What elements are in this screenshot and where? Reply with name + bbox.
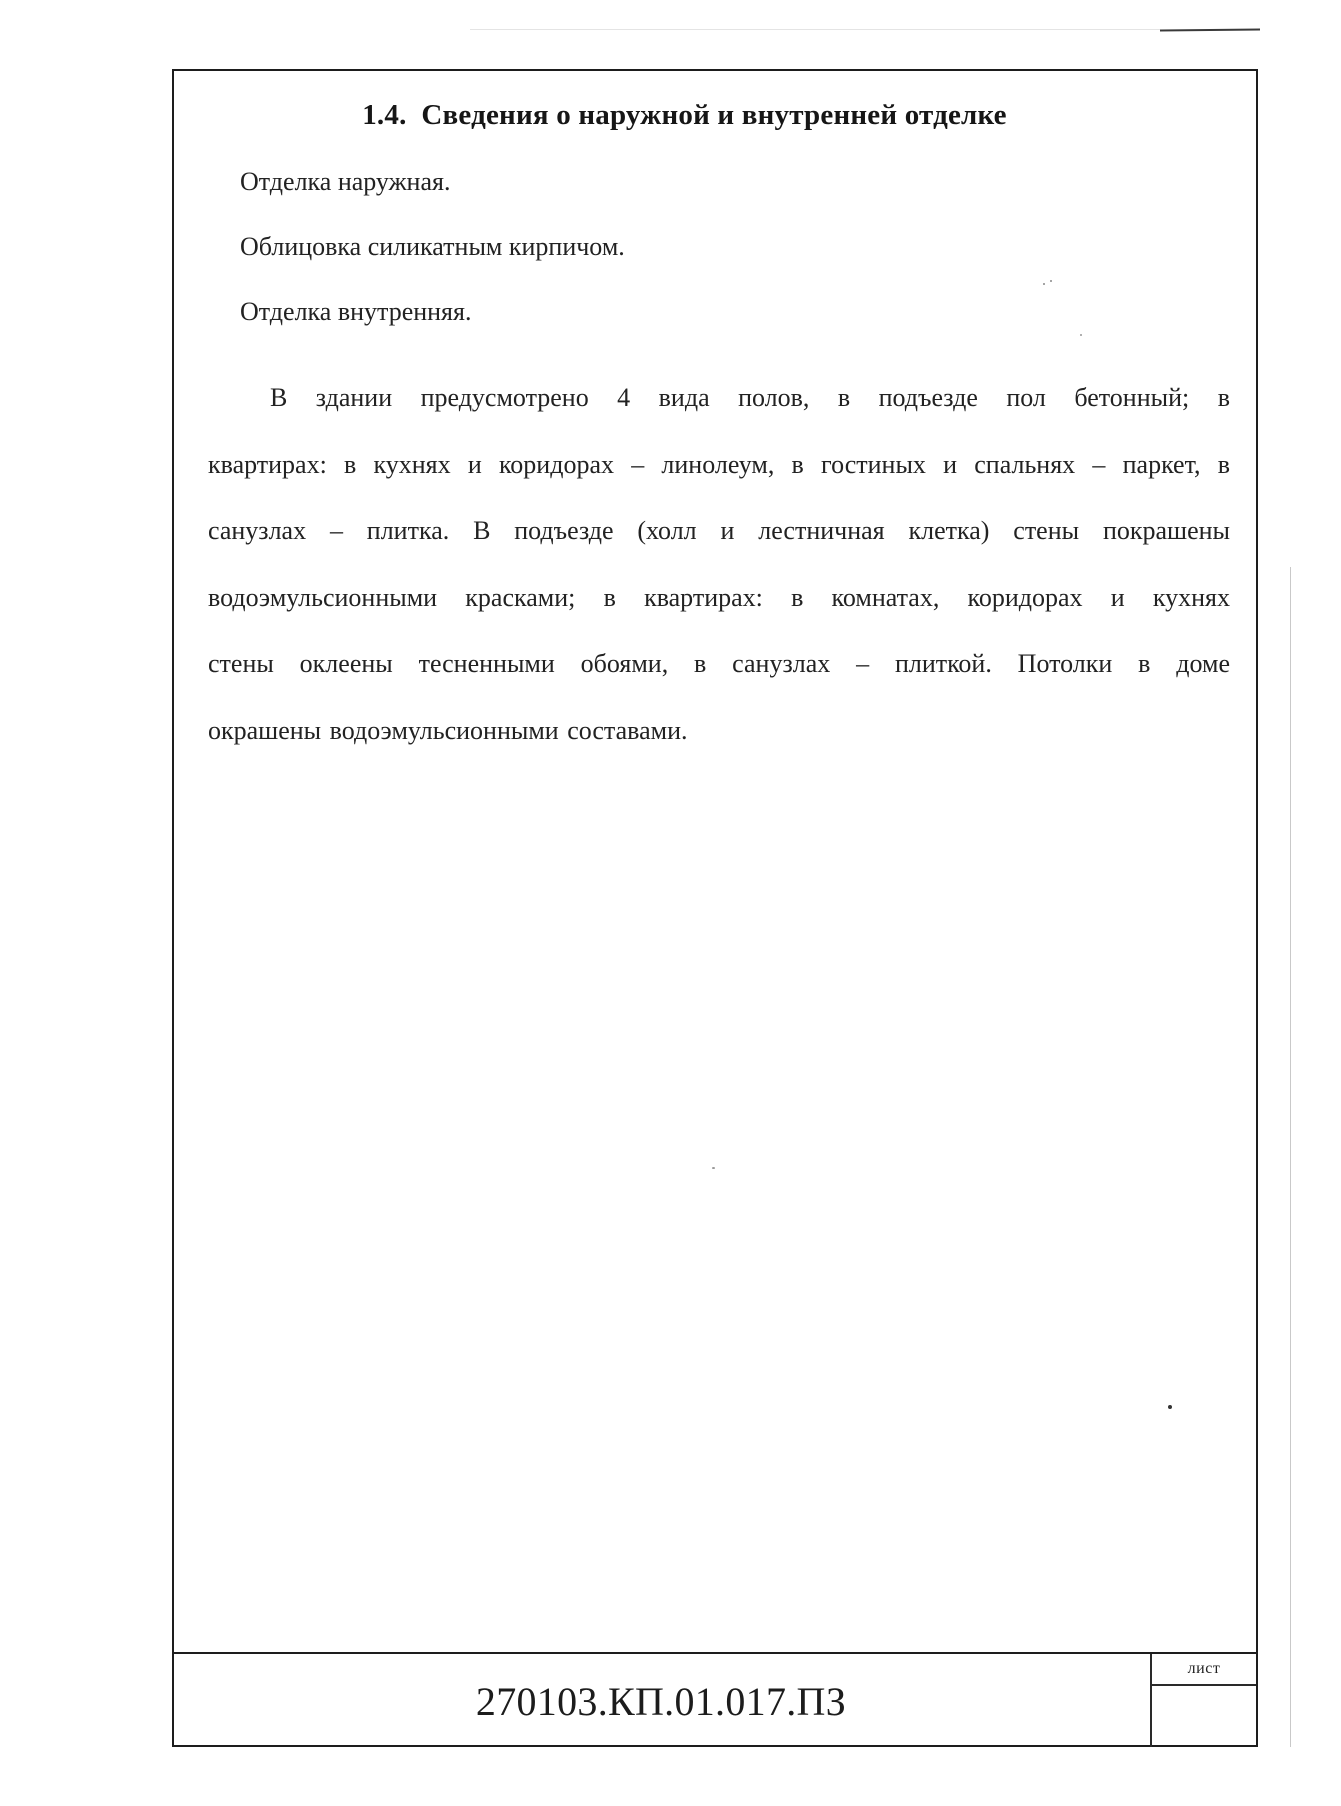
paragraph-interior-finish: Отделка внутренняя.	[240, 297, 471, 327]
document-code: 270103.КП.01.017.ПЗ	[172, 1680, 1150, 1724]
body-line: стены оклеены тесненными обоями, в сануз…	[208, 631, 1230, 698]
scan-artifact-edge	[1290, 567, 1291, 1747]
body-line: санузлах – плитка. В подъезде (холл и ле…	[208, 498, 1230, 565]
body-line: квартирах: в кухнях и коридорах – линоле…	[208, 432, 1230, 499]
section-heading: 1.4. Сведения о наружной и внутренней от…	[0, 98, 1341, 132]
paragraph-exterior-finish: Отделка наружная.	[240, 167, 450, 197]
body-line: водоэмульсионными красками; в квартирах:…	[208, 565, 1230, 632]
body-line: В здании предусмотрено 4 вида полов, в п…	[208, 365, 1230, 432]
scan-speck	[1050, 280, 1052, 282]
title-block: 270103.КП.01.017.ПЗ лист	[172, 1652, 1258, 1747]
body-line: окрашены водоэмульсионными составами.	[208, 698, 1230, 765]
body-paragraph: В здании предусмотрено 4 вида полов, в п…	[208, 365, 1230, 764]
sheet-number	[1152, 1686, 1256, 1747]
scan-speck	[1043, 283, 1045, 285]
paragraph-facing: Облицовка силикатным кирпичом.	[240, 232, 625, 262]
sheet-label: лист	[1152, 1654, 1256, 1686]
scan-speck	[1168, 1405, 1172, 1409]
scan-artifact-line	[1160, 28, 1260, 31]
scan-speck	[1080, 334, 1082, 336]
scan-speck	[712, 1167, 715, 1169]
scan-artifact-line	[470, 29, 1160, 30]
sheet-cell: лист	[1150, 1654, 1256, 1747]
